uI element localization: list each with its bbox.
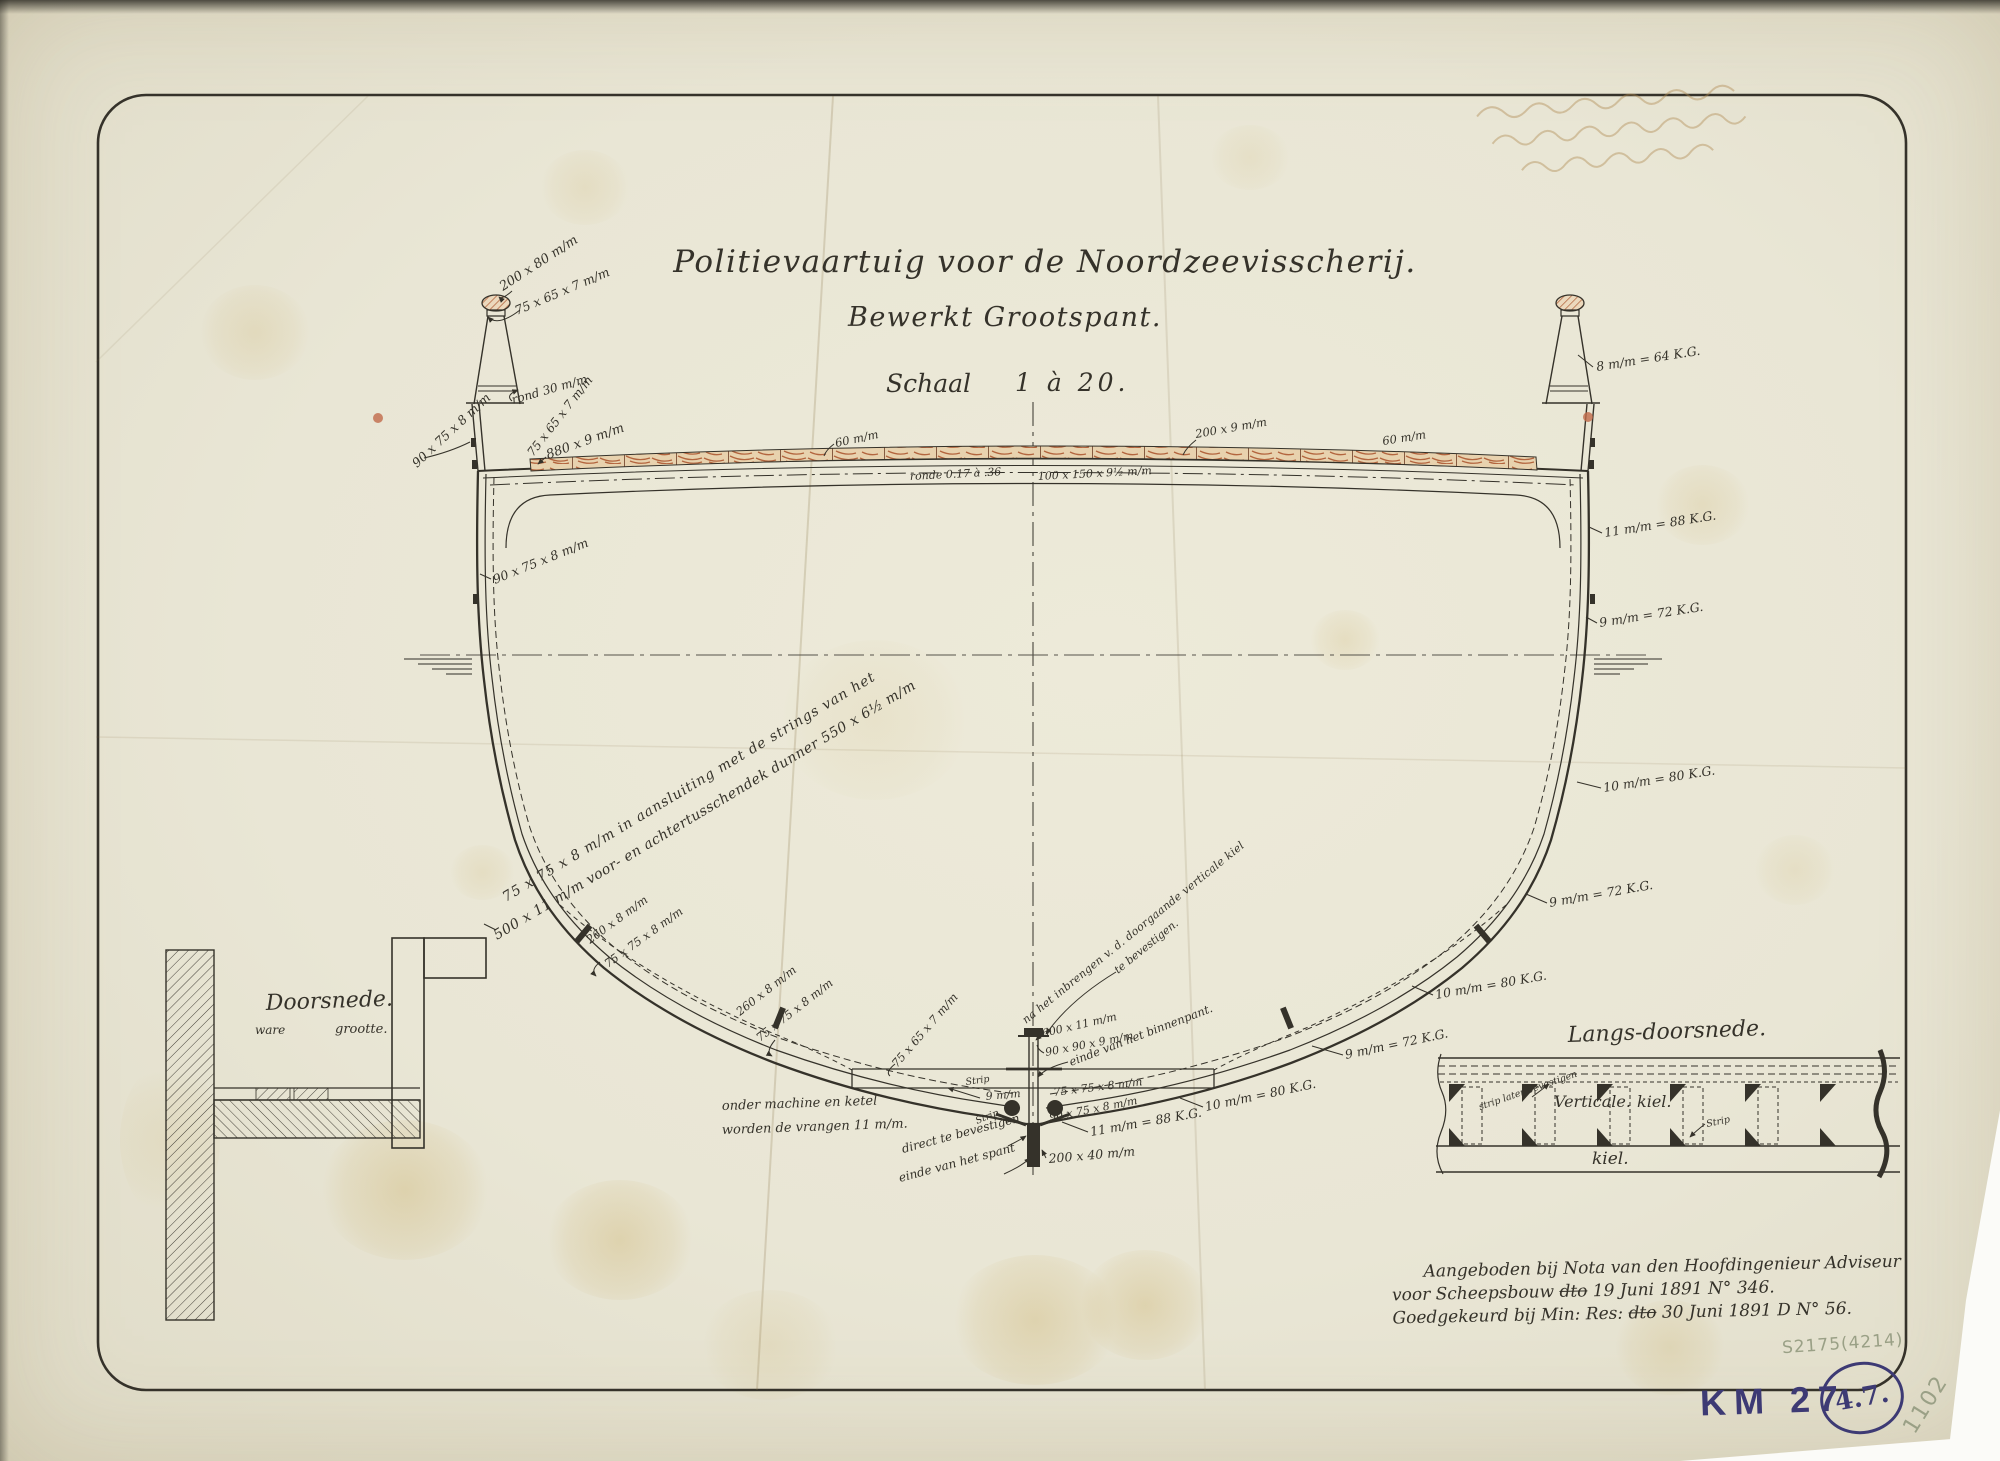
label-frame-angle: 90 x 75 x 8 m/m [491,535,591,587]
scale-label: Schaal [886,369,971,398]
label-verticale: Verticale. [1554,1092,1631,1111]
keel-note-line1: na het inbrengen v. d. doorgaande vertic… [1020,839,1247,1027]
label-floor-thickness: 9 m/m [985,1087,1021,1103]
reverse-frame-dashed [493,477,1571,1094]
plate-weight-label: 9 m/m = 72 K.G. [1598,599,1704,630]
plate-weight-label: 9 m/m = 72 K.G. [1548,877,1654,910]
machine-note-line1: onder machine en ketel [722,1094,878,1114]
doorsnede-sub-grootte: grootte. [335,1022,387,1037]
doorsnede-title: Doorsnede. [264,987,393,1016]
label-strip-langs: Strip [1705,1114,1731,1130]
fold-creases [96,96,1906,1390]
circled-number-text: 4.7. [1833,1379,1892,1418]
label-kiel-bottom: kiel. [1592,1149,1629,1169]
sheet-border [98,95,1906,1390]
scale-value: 1 à 20. [1015,368,1129,397]
drawing-title: Politievaartuig voor de Noordzeevisscher… [672,244,1416,280]
machine-note-line2: worden de vrangen 11 m/m. [722,1117,908,1138]
plate-weight-label: 11 m/m = 88 K.G. [1603,507,1717,539]
sheet-edge-shadow-top [0,0,2000,14]
plate-weight-label: 10 m/m = 80 K.G. [1434,968,1548,1002]
label-strip-a: Strip [965,1074,990,1088]
ink-offset-ghost-writing [1476,85,1748,175]
deck-beam-flange [483,466,1583,479]
plate-weight-label: 8 m/m = 64 K.G. [1595,343,1701,374]
label-kiel-mid: kiel. [1637,1092,1671,1111]
plate-weight-label: 10 m/m = 80 K.G. [1204,1076,1318,1114]
langsdoorsnede-title: Langs-doorsnede. [1566,1016,1766,1048]
doorsnede-sub-ware: ware [255,1023,285,1037]
plate-weight-label: 10 m/m = 80 K.G. [1602,762,1716,794]
technical-drawing: Politievaartuig voor de Noordzeevisscher… [0,0,2000,1461]
deck-planking [530,446,1537,471]
label-stringer-note-2: 500 x 11 m/m voor- en achtertusschendek … [491,677,919,943]
red-mark-left [373,413,383,423]
label-keel-bar: 200 x 40 m/m [1047,1143,1136,1166]
label-deck-round: ronde 0.17 à .36 [909,465,1001,483]
davit-right [1542,295,1600,471]
sheet-edge-shadow-left [0,0,9,1461]
plate-weight-label: 9 m/m = 72 K.G. [1344,1025,1450,1061]
label-deck-2: 60 m/m [1381,427,1427,448]
drawing-subtitle: Bewerkt Grootspant. [847,302,1162,333]
drawing-sheet: Politievaartuig voor de Noordzeevisscher… [0,0,2000,1461]
label-deck-stringer: 200 x 9 m/m [1193,415,1268,442]
approval-note: Aangeboden bij Nota van den Hoofdingenie… [1391,1251,1912,1331]
label-bilge-stringer: 75 x 65 x 7 m/m [889,990,961,1070]
red-mark-right [1583,412,1593,422]
label-deck-beam: 100 x 150 x 9½ m/m [1037,464,1152,483]
label-deck-1: 60 m/m [834,427,880,450]
label-stringer-note-1: 75 x 75 x 8 m/m in aansluiting met de st… [500,669,879,905]
davit-left [466,295,524,471]
hull-cross-section [373,295,1662,1175]
detail-langsdoorsnede [1436,1050,1900,1177]
text-layer: Politievaartuig voor de Noordzeevisscher… [255,233,1766,1185]
